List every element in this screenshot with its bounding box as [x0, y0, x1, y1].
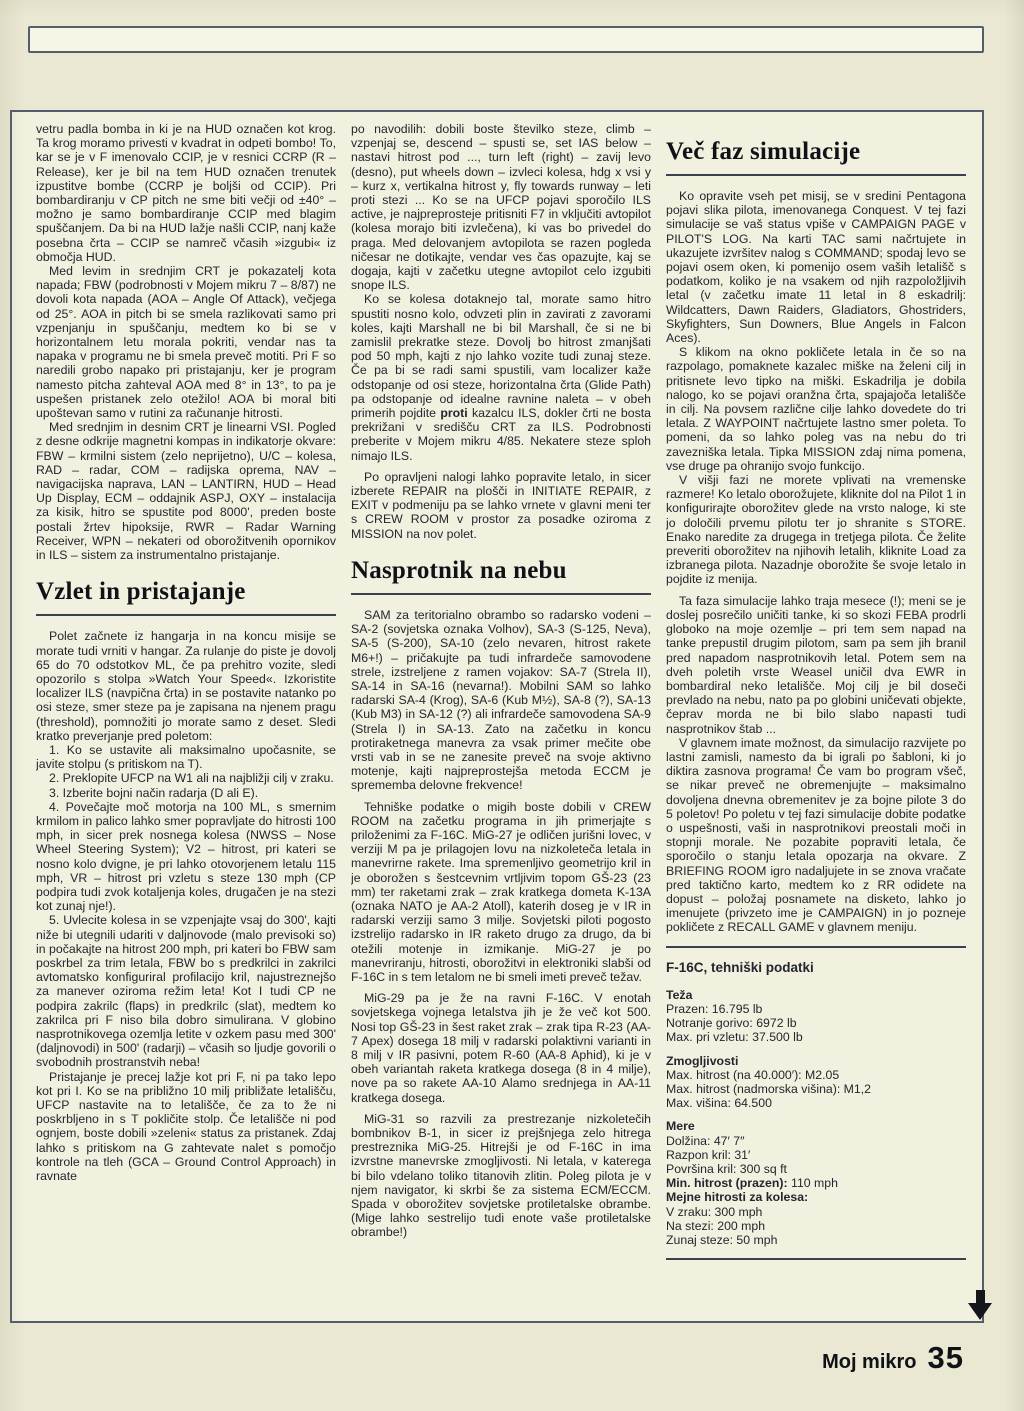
continuation-arrow-icon [968, 1290, 992, 1320]
page-top-frame [28, 26, 984, 53]
spec-box-title: F-16C, tehniški podatki [666, 961, 966, 975]
paragraph: Min. hitrost (prazen): 110 mph [666, 1176, 966, 1190]
paragraph: Max. hitrost (nadmorska višina): M1,2 [666, 1082, 966, 1096]
paragraph: Polet začnete iz hangarja in na koncu mi… [36, 629, 336, 743]
column-middle: po navodilih: dobili boste številko stez… [351, 122, 651, 1321]
paragraph: V glavnem imate možnost, da simulacijo r… [666, 736, 966, 935]
paragraph: Mere [666, 1119, 966, 1133]
paragraph: Teža [666, 988, 966, 1002]
paragraph: MiG-29 pa je že na ravni F-16C. V enotah… [351, 991, 651, 1105]
paragraph: Med levim in srednjim CRT je pokazatelj … [36, 264, 336, 420]
paragraph: V zraku: 300 mph [666, 1205, 966, 1219]
paragraph: Max. hitrost (na 40.000′): M2.05 [666, 1068, 966, 1082]
heading-vec-faz-simulacije: Več faz simulacije [666, 139, 966, 176]
paragraph: 4. Povečajte moč motorja na 100 ML, s sm… [36, 800, 336, 914]
paragraph: 3. Izberite bojni način radarja (D ali E… [36, 786, 336, 800]
paragraph: po navodilih: dobili boste številko stez… [351, 122, 651, 292]
paragraph: Razpon kril: 31′ [666, 1148, 966, 1162]
paragraph: Max. pri vzletu: 37.500 lb [666, 1030, 966, 1044]
paragraph: Na stezi: 200 mph [666, 1219, 966, 1233]
paragraph: Tehniške podatke o migih boste dobili v … [351, 800, 651, 985]
paragraph: 5. Uvlecite kolesa in se vzpenjajte vsaj… [36, 913, 336, 1069]
magazine-name: Moj mikro [822, 1351, 916, 1374]
paragraph: 1. Ko se ustavite ali maksimalno upočasn… [36, 743, 336, 771]
paragraph: Notranje gorivo: 6972 lb [666, 1016, 966, 1030]
paragraph: MiG-31 so razvili za prestrezanje nizkol… [351, 1112, 651, 1240]
column-left: vetru padla bomba in ki je na HUD označe… [36, 122, 336, 1321]
paragraph: SAM za teritorialno obrambo so radarsko … [351, 608, 651, 793]
heading-vzlet-in-pristajanje: Vzlet in pristajanje [36, 579, 336, 616]
paragraph: vetru padla bomba in ki je na HUD označe… [36, 122, 336, 264]
paragraph: V višji fazi ne morete vplivati na vreme… [666, 473, 966, 587]
page-footer: Moj mikro 35 [822, 1340, 964, 1376]
page-number: 35 [928, 1340, 964, 1376]
paragraph: Max. višina: 64.500 [666, 1096, 966, 1110]
divider [666, 1258, 966, 1260]
article-frame: vetru padla bomba in ki je na HUD označe… [10, 110, 984, 1323]
paragraph: S klikom na okno pokličete letala in če … [666, 345, 966, 473]
paragraph: Pristajanje je precej lažje kot pri F, n… [36, 1070, 336, 1184]
column-right: Več faz simulacijeKo opravite vseh pet m… [666, 122, 966, 1321]
paragraph: Po opravljeni nalogi lahko popravite let… [351, 470, 651, 541]
paragraph: Med srednjim in desnim CRT je linearni V… [36, 420, 336, 562]
paragraph: Prazen: 16.795 lb [666, 1002, 966, 1016]
paragraph: Ta faza simulacije lahko traja mesece (!… [666, 594, 966, 736]
paragraph: Ko opravite vseh pet misij, se v sredini… [666, 189, 966, 345]
paragraph: Dolžina: 47′ 7″ [666, 1134, 966, 1148]
paragraph: 2. Preklopite UFCP na W1 ali na najbližj… [36, 771, 336, 785]
paragraph: Zunaj steze: 50 mph [666, 1233, 966, 1247]
paragraph: Površina kril: 300 sq ft [666, 1162, 966, 1176]
paragraph: Ko se kolesa dotaknejo tal, morate samo … [351, 292, 651, 462]
divider [666, 946, 966, 948]
paragraph: Zmogljivosti [666, 1054, 966, 1068]
paragraph: Mejne hitrosti za kolesa: [666, 1190, 966, 1204]
heading-nasprotnik-na-nebu: Nasprotnik na nebu [351, 558, 651, 595]
